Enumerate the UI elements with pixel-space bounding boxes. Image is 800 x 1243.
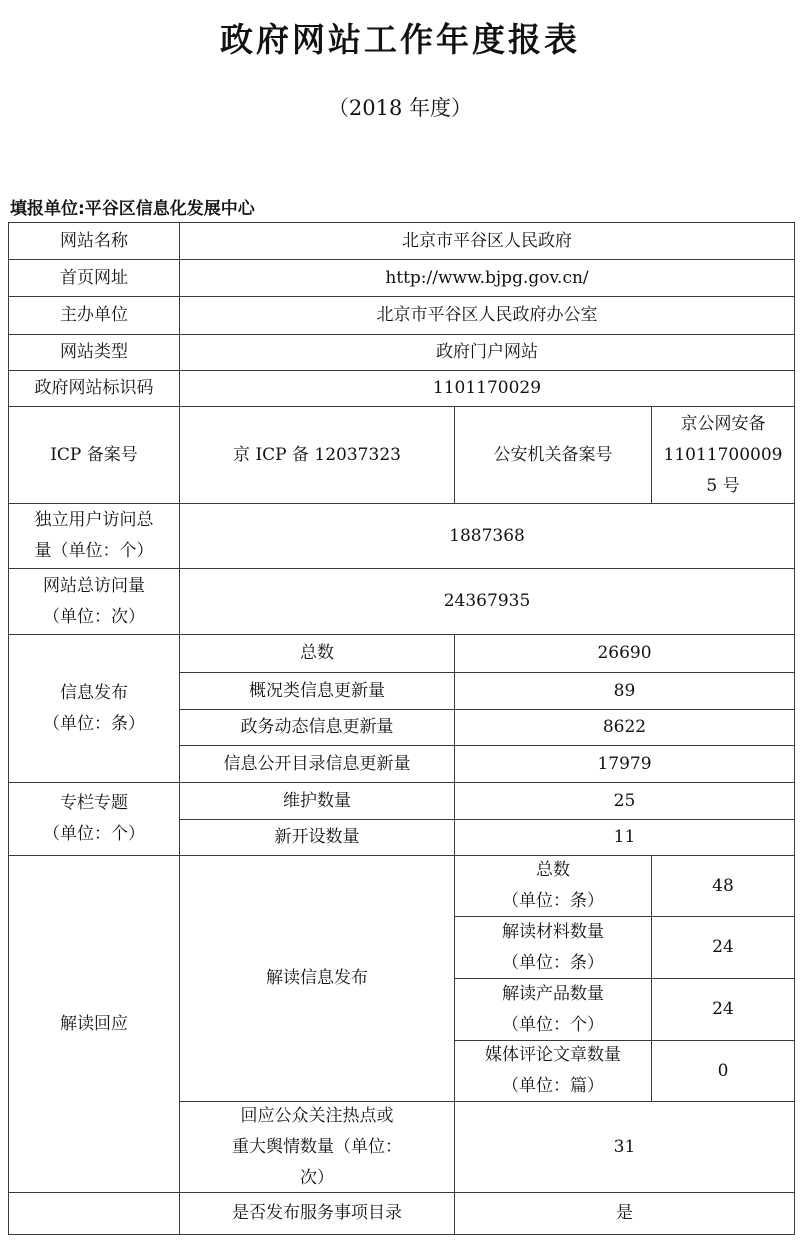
value-disclosure-updates: 17979 <box>454 745 795 783</box>
value-site-type: 政府门户网站 <box>179 334 795 371</box>
label-interp-products: 解读产品数量 （单位：个） <box>454 978 652 1041</box>
report-table: 网站名称 北京市平谷区人民政府 首页网址 http://www.bjpg.gov… <box>0 0 800 1243</box>
value-interp-total: 48 <box>651 855 795 917</box>
label-media-articles: 媒体评论文章数量 （单位：篇） <box>454 1040 652 1102</box>
label-info-publish: 信息发布 （单位：条） <box>8 634 180 783</box>
label-site-id: 政府网站标识码 <box>8 370 180 407</box>
label-interpretation-publish: 解读信息发布 <box>179 855 455 1102</box>
label-site-type: 网站类型 <box>8 334 180 371</box>
value-info-total: 26690 <box>454 634 795 673</box>
label-icp: ICP 备案号 <box>8 406 180 504</box>
label-news-updates: 政务动态信息更新量 <box>179 709 455 746</box>
value-news-updates: 8622 <box>454 709 795 746</box>
label-service-directory: 是否发布服务事项目录 <box>179 1192 455 1235</box>
value-columns-new: 11 <box>454 819 795 856</box>
label-site-name: 网站名称 <box>8 222 180 260</box>
value-icp: 京 ICP 备 12037323 <box>179 406 455 504</box>
value-site-name: 北京市平谷区人民政府 <box>179 222 795 260</box>
label-host-unit: 主办单位 <box>8 296 180 335</box>
label-total-visits: 网站总访问量 （单位：次） <box>8 568 180 635</box>
value-media-articles: 0 <box>651 1040 795 1102</box>
value-host-unit: 北京市平谷区人民政府办公室 <box>179 296 795 335</box>
value-homepage-url: http://www.bjpg.gov.cn/ <box>179 259 795 297</box>
value-interp-products: 24 <box>651 978 795 1041</box>
label-unique-visitors: 独立用户访问总 量（单位：个） <box>8 503 180 569</box>
value-site-id: 1101170029 <box>179 370 795 407</box>
label-disclosure-updates: 信息公开目录信息更新量 <box>179 745 455 783</box>
value-unique-visitors: 1887368 <box>179 503 795 569</box>
label-homepage-url: 首页网址 <box>8 259 180 297</box>
label-special-columns: 专栏专题 （单位：个） <box>8 782 180 856</box>
label-public-response: 回应公众关注热点或 重大舆情数量（单位： 次） <box>179 1101 455 1193</box>
label-overview-updates: 概况类信息更新量 <box>179 672 455 710</box>
label-police-record: 公安机关备案号 <box>454 406 652 504</box>
value-public-response: 31 <box>454 1101 795 1193</box>
value-columns-maintained: 25 <box>454 782 795 820</box>
label-interp-materials: 解读材料数量 （单位：条） <box>454 916 652 979</box>
value-interp-materials: 24 <box>651 916 795 979</box>
label-interp-total: 总数 （单位：条） <box>454 855 652 917</box>
label-columns-maintained: 维护数量 <box>179 782 455 820</box>
label-info-total: 总数 <box>179 634 455 673</box>
value-overview-updates: 89 <box>454 672 795 710</box>
label-interpretation: 解读回应 <box>8 855 180 1193</box>
label-columns-new: 新开设数量 <box>179 819 455 856</box>
value-police-record: 京公网安备 11011700009 5 号 <box>651 406 795 504</box>
blank-cell <box>8 1192 180 1235</box>
value-service-directory: 是 <box>454 1192 795 1235</box>
value-total-visits: 24367935 <box>179 568 795 635</box>
